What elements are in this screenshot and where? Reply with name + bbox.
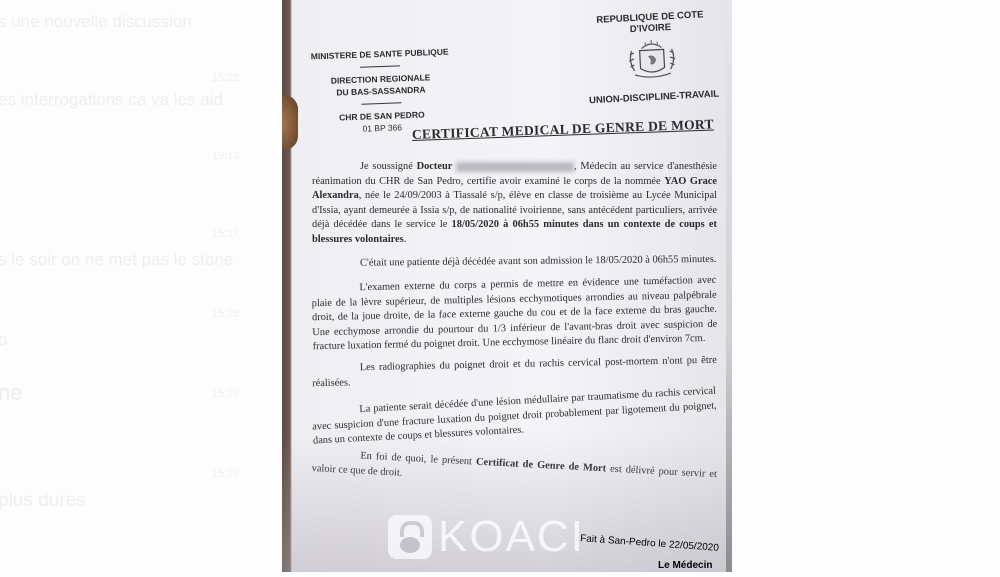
country-name: REPUBLIQUE DE COTE D'IVOIRE (575, 8, 726, 38)
ghost-time: 19:13 (212, 150, 240, 162)
certificate-name: Certificat de Genre de Mort (476, 456, 607, 474)
text: En foi de quoi, le présent (360, 450, 476, 467)
paragraph-closing: En foi de quoi, le présent Certificat de… (311, 447, 717, 497)
photo-edge (726, 0, 732, 572)
ghost-line: s le soir on ne met pas le stone (0, 250, 233, 270)
paragraph-cause-of-death: La patiente serait décédée d'une lésion … (311, 384, 718, 449)
ministry-name: MINISTERE DE SANTE PUBLIQUE (305, 45, 455, 62)
medical-certificate: MINISTERE DE SANTE PUBLIQUE DIRECTION RE… (292, 0, 727, 572)
koaci-watermark: KOACI (388, 512, 585, 562)
koaci-logo-icon (388, 515, 432, 559)
signatory: Le Médecin (658, 560, 712, 571)
text: Je soussigné (360, 161, 417, 172)
watermark-text: KOACI (438, 512, 585, 562)
doctor-title: Docteur (417, 161, 453, 172)
paragraph-admission: C'était une patiente déjà décédée avant … (312, 253, 717, 272)
paragraph-examination: Je soussigné Docteur , Médecin au servic… (312, 160, 717, 247)
divider (361, 102, 401, 104)
divider (360, 65, 400, 67)
ghost-line: s une nouvelle discussion (0, 12, 192, 32)
paragraph-external-exam: L'examen externe du corps a permis de me… (311, 273, 717, 354)
ghost-line: plus dures (0, 490, 86, 512)
ghost-time: 15:28 (212, 308, 240, 320)
ghost-time: 15:27 (212, 388, 240, 400)
ghost-time: 15:27 (212, 468, 240, 480)
paragraph-radiography: Les radiographies du poignet droit et du… (312, 354, 718, 391)
ghost-time: 15:17 (212, 228, 240, 240)
certificate-photo: MINISTERE DE SANTE PUBLIQUE DIRECTION RE… (282, 0, 727, 572)
ghost-line: es interrogations ca va les aid (0, 90, 223, 110)
ghost-time: 15:22 (212, 72, 240, 84)
text: . (404, 234, 407, 245)
national-motto: UNION-DISCIPLINE-TRAVAIL (579, 88, 727, 107)
coat-of-arms-icon (623, 39, 681, 84)
header-right: REPUBLIQUE DE COTE D'IVOIRE UNION-DISCIP… (575, 8, 727, 107)
header-left: MINISTERE DE SANTE PUBLIQUE DIRECTION RE… (305, 45, 458, 136)
certificate-body: Je soussigné Docteur , Médecin au servic… (312, 160, 717, 484)
redacted-doctor-name (456, 162, 574, 172)
ghost-line: ne (0, 380, 22, 406)
ghost-line: o (0, 330, 7, 350)
